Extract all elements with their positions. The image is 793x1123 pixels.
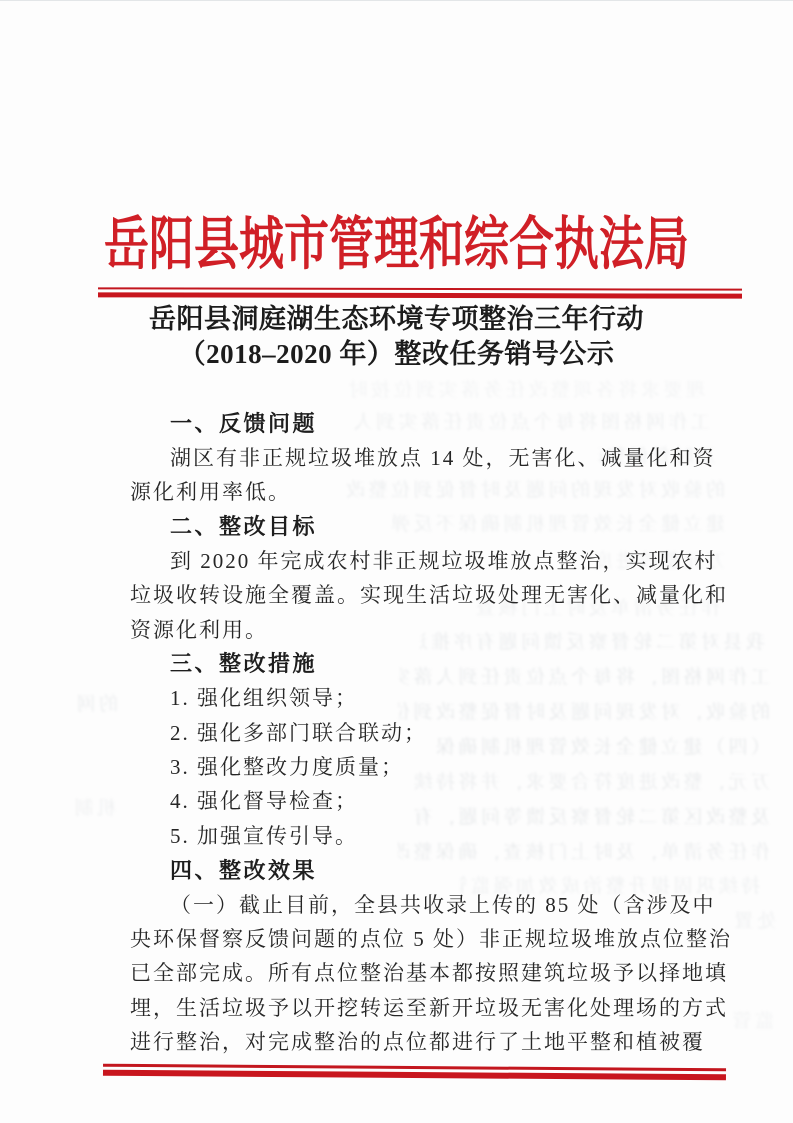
document-body: 一、反馈问题 湖区有非正规垃圾堆放点 14 处，无害化、减量化和资 源化利用率低…: [130, 405, 722, 1058]
bleedthrough-text: 监管: [728, 1006, 774, 1030]
body-text-line: 到 2020 年完成农村非正规垃圾堆放点整治，实现农村: [130, 543, 722, 577]
body-text-line: 源化利用率低。: [130, 474, 722, 508]
measure-item-5: 5. 加强宣传引导。: [130, 818, 722, 852]
bleedthrough-text: 机制: [66, 793, 116, 817]
masthead-separator-rule: [98, 287, 742, 298]
section-heading-4: 四、整改效果: [130, 852, 722, 886]
body-text-line: 央环保督察反馈问题的点位 5 处）非正规垃圾堆放点位整治: [130, 921, 722, 955]
agency-masthead-title: 岳阳县城市管理和综合执法局: [0, 197, 793, 280]
body-text-line: 已全部完成。所有点位整治基本都按照建筑垃圾予以择地填: [130, 955, 722, 989]
bleedthrough-text: 理要求将各项整改任务落实到位按时: [160, 375, 705, 399]
body-text-line: 进行整治，对完成整治的点位都进行了土地平整和植被覆: [130, 1024, 722, 1058]
body-text-line: （一）截止目前，全县共收录上传的 85 处（含涉及中: [130, 886, 722, 920]
section-heading-2: 二、整改目标: [130, 508, 722, 542]
scanned-document-page: 理要求将各项整改任务落实到位按时 工作网格图将每个点位责任落实到人 及时督促整改…: [0, 0, 793, 1123]
body-text-line: 湖区有非正规垃圾堆放点 14 处，无害化、减量化和资: [130, 439, 722, 473]
measure-item-1: 1. 强化组织领导；: [130, 680, 722, 714]
section-heading-3: 三、整改措施: [130, 646, 722, 680]
document-title: 岳阳县洞庭湖生态环境专项整治三年行动 （2018–2020 年）整改任务销号公示: [0, 302, 793, 372]
bleedthrough-text: 处置: [732, 906, 776, 930]
document-title-line-1: 岳阳县洞庭湖生态环境专项整治三年行动: [0, 302, 793, 337]
measure-item-2: 2. 强化多部门联合联动；: [130, 715, 722, 749]
body-text-line: 埋，生活垃圾予以开挖转运至新开垃圾无害化处理场的方式: [130, 990, 722, 1024]
body-text-line: 资源化利用。: [130, 611, 722, 645]
measure-item-3: 3. 强化整改力度质量；: [130, 749, 722, 783]
section-heading-1: 一、反馈问题: [130, 405, 722, 439]
page-bottom-rule: [103, 1064, 726, 1081]
rule-thick-line: [98, 292, 742, 298]
body-text-line: 垃圾收转设施全覆盖。实现生活垃圾处理无害化、减量化和: [130, 577, 722, 611]
measure-item-4: 4. 强化督导检查；: [130, 783, 722, 817]
bleedthrough-text: 的网: [66, 689, 118, 713]
document-title-line-2: （2018–2020 年）整改任务销号公示: [0, 337, 793, 372]
